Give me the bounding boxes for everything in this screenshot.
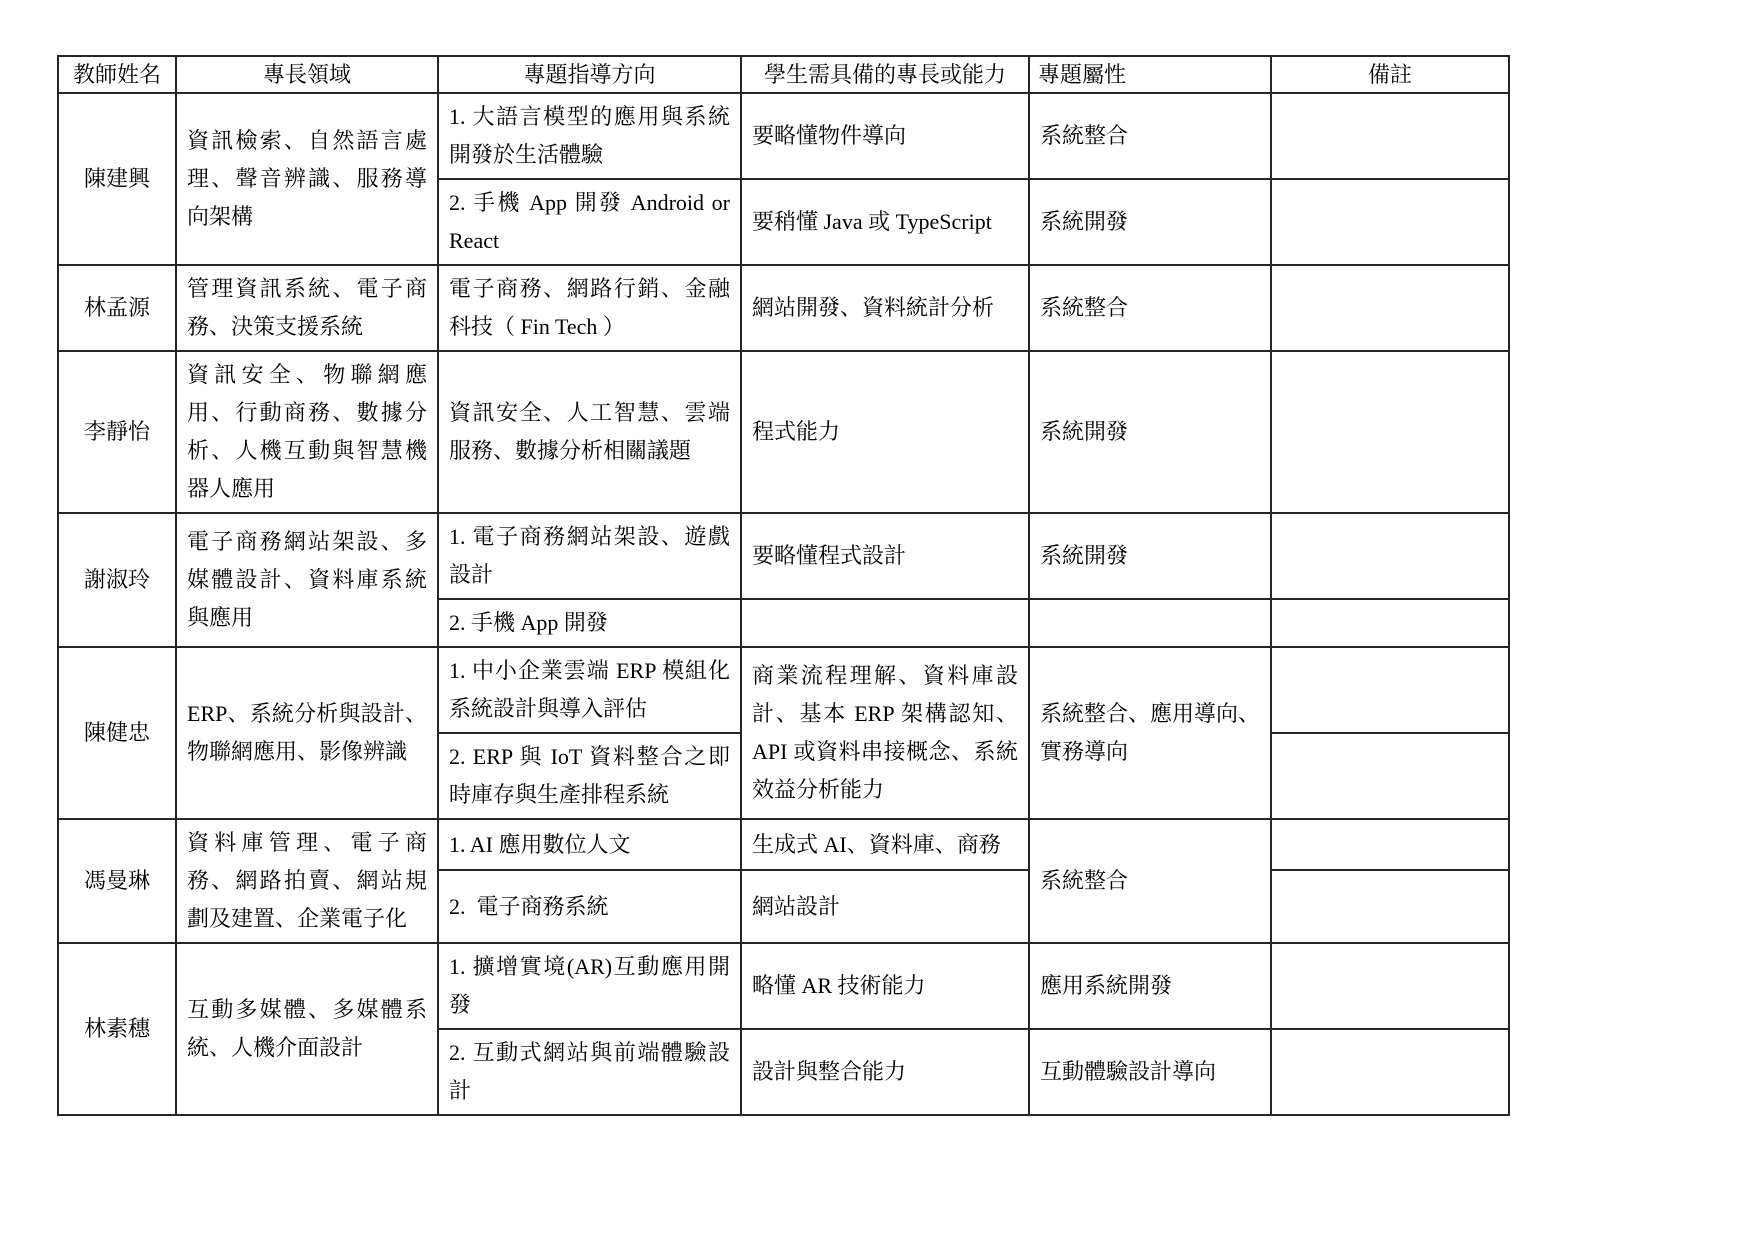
skills-cell: 生成式 AI、資料庫、商務 bbox=[741, 819, 1029, 870]
specialty-cell: ERP、系統分析與設計、物聯網應用、影像辨識 bbox=[176, 647, 438, 819]
table-row: 陳建興 資訊檢索、自然語言處理、聲音辨識、服務導向架構 1. 大語言模型的應用與… bbox=[58, 93, 1509, 179]
attribute-cell: 系統整合 bbox=[1029, 819, 1271, 943]
remark-cell bbox=[1271, 819, 1509, 870]
table-row: 謝淑玲 電子商務網站架設、多媒體設計、資料庫系統與應用 1. 電子商務網站架設、… bbox=[58, 513, 1509, 599]
table-row: 馮曼琳 資料庫管理、電子商務、網路拍賣、網站規劃及建置、企業電子化 1. AI … bbox=[58, 819, 1509, 870]
header-cell-direction: 專題指導方向 bbox=[438, 56, 741, 93]
remark-cell bbox=[1271, 265, 1509, 351]
remark-cell bbox=[1271, 351, 1509, 513]
remark-cell bbox=[1271, 599, 1509, 647]
teacher-name-cell: 陳建興 bbox=[58, 93, 176, 265]
teacher-name-cell: 李靜怡 bbox=[58, 351, 176, 513]
teacher-name-cell: 林孟源 bbox=[58, 265, 176, 351]
header-cell-skills: 學生需具備的專長或能力 bbox=[741, 56, 1029, 93]
specialty-cell: 管理資訊系統、電子商務、決策支援系統 bbox=[176, 265, 438, 351]
skills-cell: 程式能力 bbox=[741, 351, 1029, 513]
direction-cell: 1. 大語言模型的應用與系統開發於生活體驗 bbox=[438, 93, 741, 179]
direction-cell: 資訊安全、人工智慧、雲端服務、數據分析相關議題 bbox=[438, 351, 741, 513]
specialty-cell: 資訊安全、物聯網應用、行動商務、數據分析、人機互動與智慧機器人應用 bbox=[176, 351, 438, 513]
specialty-cell: 電子商務網站架設、多媒體設計、資料庫系統與應用 bbox=[176, 513, 438, 647]
direction-cell: 2. 互動式網站與前端體驗設計 bbox=[438, 1029, 741, 1115]
attribute-cell: 系統整合、應用導向、實務導向 bbox=[1029, 647, 1271, 819]
attribute-cell: 系統開發 bbox=[1029, 179, 1271, 265]
teacher-name-cell: 馮曼琳 bbox=[58, 819, 176, 943]
table-row: 陳健忠 ERP、系統分析與設計、物聯網應用、影像辨識 1. 中小企業雲端 ERP… bbox=[58, 647, 1509, 733]
direction-cell: 1. AI 應用數位人文 bbox=[438, 819, 741, 870]
header-cell-remark: 備註 bbox=[1271, 56, 1509, 93]
skills-cell: 要稍懂 Java 或 TypeScript bbox=[741, 179, 1029, 265]
teacher-name-cell: 林素穗 bbox=[58, 943, 176, 1115]
teacher-name-cell: 謝淑玲 bbox=[58, 513, 176, 647]
attribute-cell: 互動體驗設計導向 bbox=[1029, 1029, 1271, 1115]
specialty-cell: 資料庫管理、電子商務、網路拍賣、網站規劃及建置、企業電子化 bbox=[176, 819, 438, 943]
attribute-cell: 系統整合 bbox=[1029, 93, 1271, 179]
remark-cell bbox=[1271, 943, 1509, 1029]
skills-cell: 略懂 AR 技術能力 bbox=[741, 943, 1029, 1029]
document-page: 教師姓名 專長領域 專題指導方向 學生需具備的專長或能力 專題屬性 備註 陳建興… bbox=[0, 0, 1755, 1241]
direction-cell: 1. 擴增實境(AR)互動應用開發 bbox=[438, 943, 741, 1029]
header-cell-attribute: 專題屬性 bbox=[1029, 56, 1271, 93]
direction-cell: 2. 手機 App 開發 bbox=[438, 599, 741, 647]
teacher-name-cell: 陳健忠 bbox=[58, 647, 176, 819]
header-row: 教師姓名 專長領域 專題指導方向 學生需具備的專長或能力 專題屬性 備註 bbox=[58, 56, 1509, 93]
table-row: 林素穗 互動多媒體、多媒體系統、人機介面設計 1. 擴增實境(AR)互動應用開發… bbox=[58, 943, 1509, 1029]
skills-cell: 商業流程理解、資料庫設計、基本 ERP 架構認知、API 或資料串接概念、系統效… bbox=[741, 647, 1029, 819]
direction-cell: 1. 中小企業雲端 ERP 模組化系統設計與導入評估 bbox=[438, 647, 741, 733]
remark-cell bbox=[1271, 733, 1509, 819]
skills-cell: 要略懂物件導向 bbox=[741, 93, 1029, 179]
remark-cell bbox=[1271, 647, 1509, 733]
skills-cell: 設計與整合能力 bbox=[741, 1029, 1029, 1115]
faculty-table: 教師姓名 專長領域 專題指導方向 學生需具備的專長或能力 專題屬性 備註 陳建興… bbox=[57, 55, 1510, 1116]
direction-cell: 2. ERP 與 IoT 資料整合之即時庫存與生產排程系統 bbox=[438, 733, 741, 819]
specialty-cell: 互動多媒體、多媒體系統、人機介面設計 bbox=[176, 943, 438, 1115]
skills-cell: 網站設計 bbox=[741, 870, 1029, 943]
attribute-cell: 系統開發 bbox=[1029, 351, 1271, 513]
direction-cell: 1. 電子商務網站架設、遊戲設計 bbox=[438, 513, 741, 599]
table-row: 李靜怡 資訊安全、物聯網應用、行動商務、數據分析、人機互動與智慧機器人應用 資訊… bbox=[58, 351, 1509, 513]
remark-cell bbox=[1271, 93, 1509, 179]
attribute-cell: 系統開發 bbox=[1029, 513, 1271, 599]
skills-cell: 網站開發、資料統計分析 bbox=[741, 265, 1029, 351]
attribute-cell bbox=[1029, 599, 1271, 647]
table-row: 林孟源 管理資訊系統、電子商務、決策支援系統 電子商務、網路行銷、金融科技（ F… bbox=[58, 265, 1509, 351]
remark-cell bbox=[1271, 870, 1509, 943]
direction-cell: 2. 電子商務系統 bbox=[438, 870, 741, 943]
skills-cell: 要略懂程式設計 bbox=[741, 513, 1029, 599]
remark-cell bbox=[1271, 513, 1509, 599]
remark-cell bbox=[1271, 179, 1509, 265]
attribute-cell: 系統整合 bbox=[1029, 265, 1271, 351]
attribute-cell: 應用系統開發 bbox=[1029, 943, 1271, 1029]
header-cell-teacher: 教師姓名 bbox=[58, 56, 176, 93]
header-cell-specialty: 專長領域 bbox=[176, 56, 438, 93]
direction-cell: 電子商務、網路行銷、金融科技（ Fin Tech ） bbox=[438, 265, 741, 351]
specialty-cell: 資訊檢索、自然語言處理、聲音辨識、服務導向架構 bbox=[176, 93, 438, 265]
skills-cell bbox=[741, 599, 1029, 647]
direction-cell: 2. 手機 App 開發 Android or React bbox=[438, 179, 741, 265]
remark-cell bbox=[1271, 1029, 1509, 1115]
